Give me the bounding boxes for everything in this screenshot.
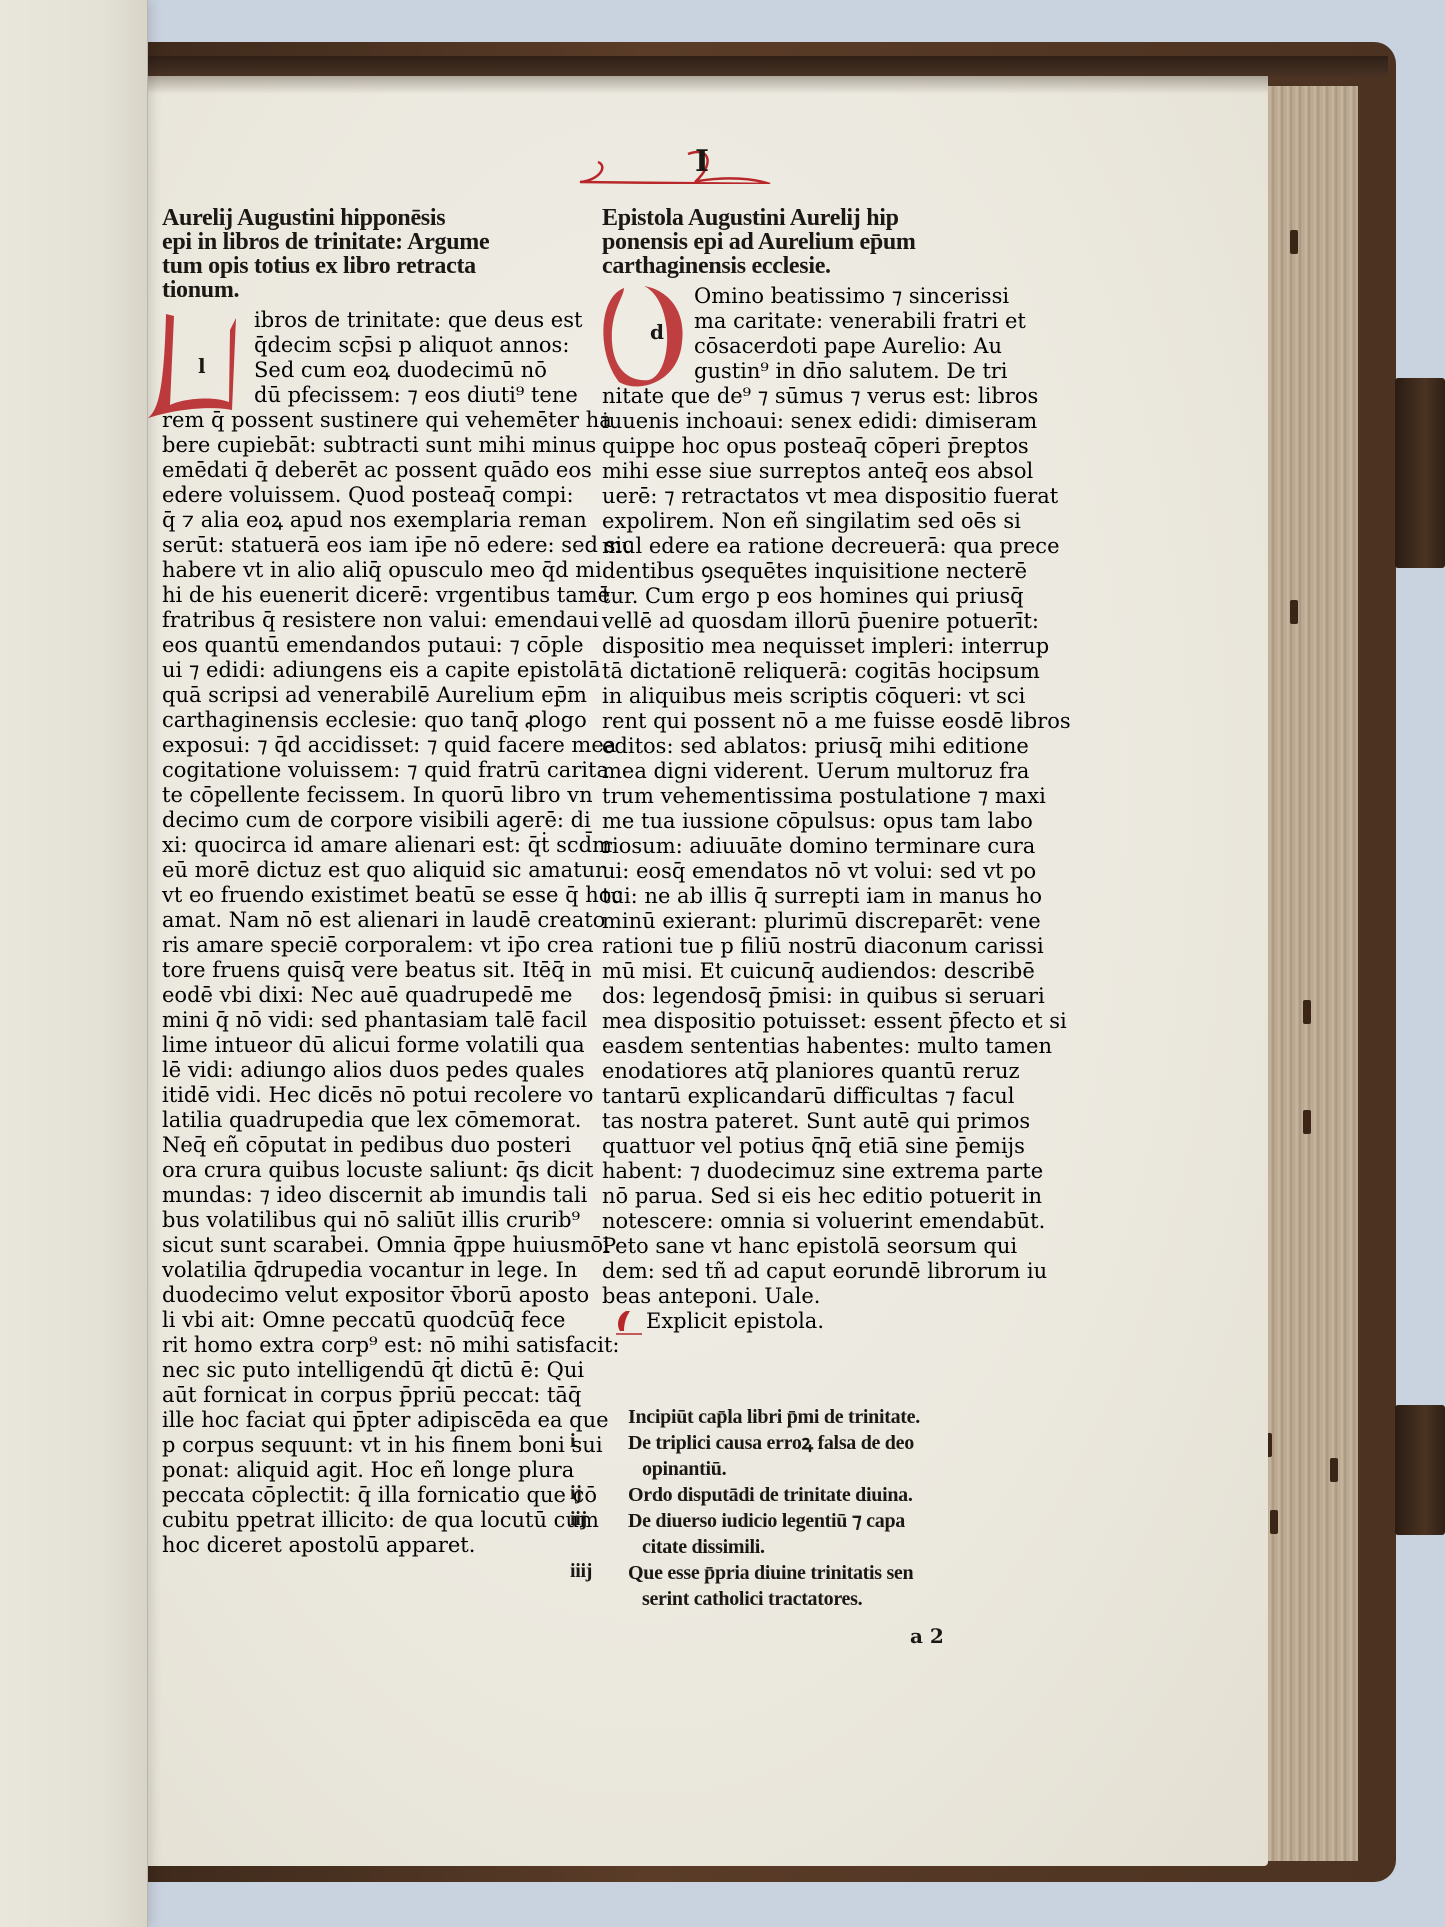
- text-line: expolirem. Non eñ singilatim sed oēs si: [602, 509, 1032, 534]
- text-line: dū pfecissem: ⁊ eos diuti⁹ tene: [162, 383, 592, 408]
- text-line: rent qui possent nō a me fuisse eosdē li…: [602, 709, 1032, 734]
- text-line: hi de his euenerit dicerē: vrgentibus ta…: [162, 583, 592, 608]
- fore-edge-tab: [1303, 1110, 1311, 1134]
- text-line: enodatiores atq̄ planiores quantū reruz: [602, 1059, 1032, 1084]
- heading-line: epi in libros de trinitate: Argume: [162, 230, 592, 254]
- text-line: dispositio mea nequisset impleri: interr…: [602, 634, 1032, 659]
- previous-leaf-edge: [0, 0, 148, 1927]
- chapter-entry-continued: citate dissimili.: [570, 1534, 1070, 1560]
- text-line: sicut sunt scarabei. Omnia q̄ppe huiusmō…: [162, 1233, 592, 1258]
- clasp-strap-top[interactable]: [1395, 378, 1445, 568]
- text-line: quattuor vel potius q̄nq̄ etiā sine p̄em…: [602, 1134, 1032, 1159]
- guide-letter: d: [650, 320, 664, 344]
- text-line: nec sic puto intelligendū q̄ṫ dictū ē: Q…: [162, 1358, 592, 1383]
- text-line: easdem sententias habentes: multo tamen: [602, 1034, 1032, 1059]
- text-line: nō parua. Sed si eis hec editio potuerit…: [602, 1184, 1032, 1209]
- text-line: eodē vbi dixi: Nec auē quadrupedē me: [162, 983, 592, 1008]
- text-line: beas anteponi. Uale.: [602, 1284, 1032, 1309]
- heading-line: carthaginensis ecclesie.: [602, 254, 1032, 278]
- text-line: cōsacerdoti pape Aurelio: Au: [602, 334, 1032, 359]
- text-line: tā dictationē reliquerā: cogitās hocipsu…: [602, 659, 1032, 684]
- chapter-title-line: Que esse p̄pria diuine trinitatis sen: [628, 1560, 913, 1586]
- text-line: Neq̄ eñ cōputat in pedibus duo posteri: [162, 1133, 592, 1158]
- text-line: tas nostra pateret. Sunt autē qui primos: [602, 1109, 1032, 1134]
- text-line: notescere: omnia si voluerint emendabūt.: [602, 1209, 1032, 1234]
- text-line: Omino beatissimo ⁊ sincerissi: [602, 284, 1032, 309]
- text-line: ui ⁊ edidi: adiungens eis a capite epist…: [162, 658, 592, 683]
- text-line: mini q̄ nō vidi: sed phantasiam talē fac…: [162, 1008, 592, 1033]
- running-head: I: [570, 144, 780, 184]
- text-line: volatilia q̄drupedia vocantur in lege. I…: [162, 1258, 592, 1283]
- text-line: p corpus sequunt: vt in his finem boni s…: [162, 1433, 592, 1458]
- chapter-number: i: [570, 1430, 575, 1453]
- text-line: bus volatilibus qui nō saliūt illis crur…: [162, 1208, 592, 1233]
- text-line: riosum: adiuuāte domino terminare cura: [602, 834, 1032, 859]
- text-line: nitate que de⁹ ⁊ sūmus ⁊ verus est: libr…: [602, 384, 1032, 409]
- text-line: editos: sed ablatos: priusq̄ mihi editio…: [602, 734, 1032, 759]
- chapter-entry: i De triplici causa erroꝝ falsa de deo: [570, 1430, 1070, 1456]
- chapter-entry-continued: opinantiū.: [570, 1456, 1070, 1482]
- text-line: dos: legendosq̄ p̄misi: in quibus si ser…: [602, 984, 1032, 1009]
- text-line: serūt: statuerā eos iam ip̄e nō edere: s…: [162, 533, 592, 558]
- text-line: exposui: ⁊ q̄d accidisset: ⁊ quid facere…: [162, 733, 592, 758]
- chapter-title-line: citate dissimili.: [642, 1534, 765, 1560]
- left-column: Aurelij Augustini hipponēsis epi in libr…: [162, 206, 592, 1558]
- heading-line: Epistola Augustini Aurelij hip: [602, 206, 1032, 230]
- text-line: minū exierant: plurimū discreparēt: vene: [602, 909, 1032, 934]
- folio-mark: I: [695, 144, 709, 179]
- text-line: itidē vidi. Hec dicēs nō potui recolere …: [162, 1083, 592, 1108]
- fore-edge-tab: [1290, 230, 1298, 254]
- text-line: edere voluissem. Quod posteaq̄ compi:: [162, 483, 592, 508]
- chapter-title-line: Ordo disputādi de trinitate diuina.: [628, 1482, 913, 1508]
- chapter-title-line: De diuerso iudicio legentiū ⁊ capa: [628, 1508, 905, 1534]
- text-line: mul edere ea ratione decreuerā: qua prec…: [602, 534, 1032, 559]
- text-line: quā scripsi ad venerabilē Aurelium ep̄m: [162, 683, 592, 708]
- text-line: tur. Cum ergo p eos homines qui priusq̄: [602, 584, 1032, 609]
- text-line: ora crura quibus locuste saliunt: q̄s di…: [162, 1158, 592, 1183]
- chapter-entry: iiij Que esse p̄pria diuine trinitatis s…: [570, 1560, 1070, 1586]
- text-line: in aliquibus meis scriptis cōqueri: vt s…: [602, 684, 1032, 709]
- heading-line: tionum.: [162, 278, 592, 302]
- text-line: rem q̄ possent sustinere qui vehemēter h…: [162, 408, 592, 433]
- text-line: mea digni viderent. Uerum multoruz fra: [602, 759, 1032, 784]
- text-line: q̄ ⁊ alia eoꝝ apud nos exemplaria reman: [162, 508, 592, 533]
- text-line: tore fruens quisq̄ vere beatus sit. Itēq…: [162, 958, 592, 983]
- text-line: rit homo extra corp⁹ est: nō mihi satisf…: [162, 1333, 592, 1358]
- text-line: duodecimo velut expositor v̄borū aposto: [162, 1283, 592, 1308]
- chapter-number: ij: [570, 1482, 582, 1505]
- text-line: fratribus q̄ resistere non valui: emenda…: [162, 608, 592, 633]
- heading-line: Aurelij Augustini hipponēsis: [162, 206, 592, 230]
- text-line: te cōpellente fecissem. In quorū libro v…: [162, 783, 592, 808]
- text-line: quippe hoc opus posteaq̄ cōperi p̄reptos: [602, 434, 1032, 459]
- text-line: eos quantū emendandos putaui: ⁊ cōple: [162, 633, 592, 658]
- text-line: mihi esse siue surreptos anteq̄ eos abso…: [602, 459, 1032, 484]
- chapter-entry-continued: serint catholici tractatores.: [570, 1586, 1070, 1612]
- paragraph-mark-icon: [612, 1307, 642, 1335]
- text-line: ui: eosq̄ emendatos nō vt volui: sed vt …: [602, 859, 1032, 884]
- signature-mark: a 2: [910, 1624, 944, 1648]
- text-line: xi: quocirca id amare alienari est: q̄ṫ …: [162, 833, 592, 858]
- text-line: carthaginensis ecclesie: quo tanq̄ ꝓlogo: [162, 708, 592, 733]
- text-line: dentibus ꝯsequētes inquisitione necterē: [602, 559, 1032, 584]
- fore-edge-tab: [1290, 600, 1298, 624]
- clasp-strap-bottom[interactable]: [1395, 1405, 1445, 1535]
- text-line: uerē: ⁊ retractatos vt mea dispositio fu…: [602, 484, 1032, 509]
- text-line: tui: ne ab illis q̄ surrepti iam in manu…: [602, 884, 1032, 909]
- fore-edge-tab: [1303, 1000, 1311, 1024]
- chapter-title-line: opinantiū.: [642, 1456, 726, 1482]
- guide-letter: l: [198, 354, 206, 378]
- right-column-body: Omino beatissimo ⁊ sincerissi ma caritat…: [602, 284, 1032, 1334]
- text-line: cogitatione voluissem: ⁊ quid fratrū car…: [162, 758, 592, 783]
- text-line: tantarū explicandarū difficultas ⁊ facul: [602, 1084, 1032, 1109]
- rubric-flourish-icon: [570, 144, 780, 184]
- chapter-entry: ij Ordo disputādi de trinitate diuina.: [570, 1482, 1070, 1508]
- text-line: gustin⁹ in dn̄o salutem. De tri: [602, 359, 1032, 384]
- chapter-entry: iij De diuerso iudicio legentiū ⁊ capa: [570, 1508, 1070, 1534]
- text-line: lime intueor dū alicui forme volatili qu…: [162, 1033, 592, 1058]
- chapter-list: Incipiūt cap̄la libri p̄mi de trinitate.…: [570, 1404, 1070, 1612]
- fore-edge-tab: [1330, 1458, 1338, 1482]
- text-line: amat. Nam nō est alienari in laudē creat…: [162, 908, 592, 933]
- text-line: q̄decim scp̄si p aliquot annos:: [162, 333, 592, 358]
- text-line: ris amare speciē corporalem: vt ip̄o cre…: [162, 933, 592, 958]
- text-line: mea dispositio potuisset: essent p̄fecto…: [602, 1009, 1032, 1034]
- left-column-heading: Aurelij Augustini hipponēsis epi in libr…: [162, 206, 592, 302]
- left-column-body: ibros de trinitate: que deus est q̄decim…: [162, 308, 592, 1558]
- chapter-title-line: De triplici causa erroꝝ falsa de deo: [628, 1430, 914, 1456]
- text-line: rationi tue p filiū nostrū diaconum cari…: [602, 934, 1032, 959]
- chapter-list-title: Incipiūt cap̄la libri p̄mi de trinitate.: [570, 1404, 1070, 1430]
- text-line: mū misi. Et cuicunq̄ audiendos: describē: [602, 959, 1032, 984]
- page-fore-edge: [1258, 86, 1358, 1861]
- text-line: cubitu ppetrat illicito: de qua locutū c…: [162, 1508, 592, 1533]
- right-column-heading: Epistola Augustini Aurelij hip ponensis …: [602, 206, 1032, 278]
- text-line: vt eo fruendo existimet beatū se esse q̄…: [162, 883, 592, 908]
- text-line: bere cupiebāt: subtracti sunt mihi minus: [162, 433, 592, 458]
- text-line: Sed cum eoꝝ duodecimū nō: [162, 358, 592, 383]
- text-line: iuuenis inchoaui: senex edidi: dimiseram: [602, 409, 1032, 434]
- text-line: ille hoc faciat qui p̄pter adipiscēda ea…: [162, 1408, 592, 1433]
- text-line: habere vt in alio aliq̄ opusculo meo q̄d…: [162, 558, 592, 583]
- text-line: eū morē dictuz est quo aliquid sic amatu…: [162, 858, 592, 883]
- text-line: peccata cōplectit: q̄ illa fornicatio qu…: [162, 1483, 592, 1508]
- text-line: decimo cum de corpore visibili agerē: di: [162, 808, 592, 833]
- chapter-number: iij: [570, 1508, 587, 1531]
- text-line: vellē ad quosdam illorū p̄uenire potuerī…: [602, 609, 1032, 634]
- fore-edge-tab: [1270, 1510, 1278, 1534]
- text-line: ponat: aliquid agit. Hoc eñ longe plura: [162, 1458, 592, 1483]
- text-line: mundas: ⁊ ideo discernit ab imundis tali: [162, 1183, 592, 1208]
- text-line: hoc diceret apostolū apparet.: [162, 1533, 592, 1558]
- text-line: Peto sane vt hanc epistolā seorsum qui: [602, 1234, 1032, 1259]
- explicit-line: Explicit epistola.: [602, 1309, 1032, 1334]
- text-line: habent: ⁊ duodecimuz sine extrema parte: [602, 1159, 1032, 1184]
- heading-line: tum opis totius ex libro retracta: [162, 254, 592, 278]
- chapter-number: iiij: [570, 1560, 592, 1583]
- text-line: dem: sed tñ ad caput eorundē librorum iu: [602, 1259, 1032, 1284]
- explicit-text: Explicit epistola.: [646, 1309, 824, 1333]
- text-line: ma caritate: venerabili fratri et: [602, 309, 1032, 334]
- text-line: emēdati q̄ deberēt ac possent quādo eos: [162, 458, 592, 483]
- text-line: me tua iussione cōpulsus: opus tam labo: [602, 809, 1032, 834]
- chapter-title-line: serint catholici tractatores.: [642, 1586, 862, 1612]
- heading-line: ponensis epi ad Aurelium ep̄um: [602, 230, 1032, 254]
- text-line: aūt fornicat in corpus p̄priū peccat: tā…: [162, 1383, 592, 1408]
- printed-page: I Aurelij Augustini hipponēsis epi in li…: [130, 76, 1268, 1866]
- text-line: lē vidi: adiungo alios duos pedes quales: [162, 1058, 592, 1083]
- text-line: trum vehementissima postulatione ⁊ maxi: [602, 784, 1032, 809]
- text-line: ibros de trinitate: que deus est: [162, 308, 592, 333]
- text-line: latilia quadrupedia que lex cōmemorat.: [162, 1108, 592, 1133]
- text-line: li vbi ait: Omne peccatū quodcūq̄ fece: [162, 1308, 592, 1333]
- right-column: Epistola Augustini Aurelij hip ponensis …: [602, 206, 1032, 1334]
- binding-top-edge: [148, 56, 1388, 78]
